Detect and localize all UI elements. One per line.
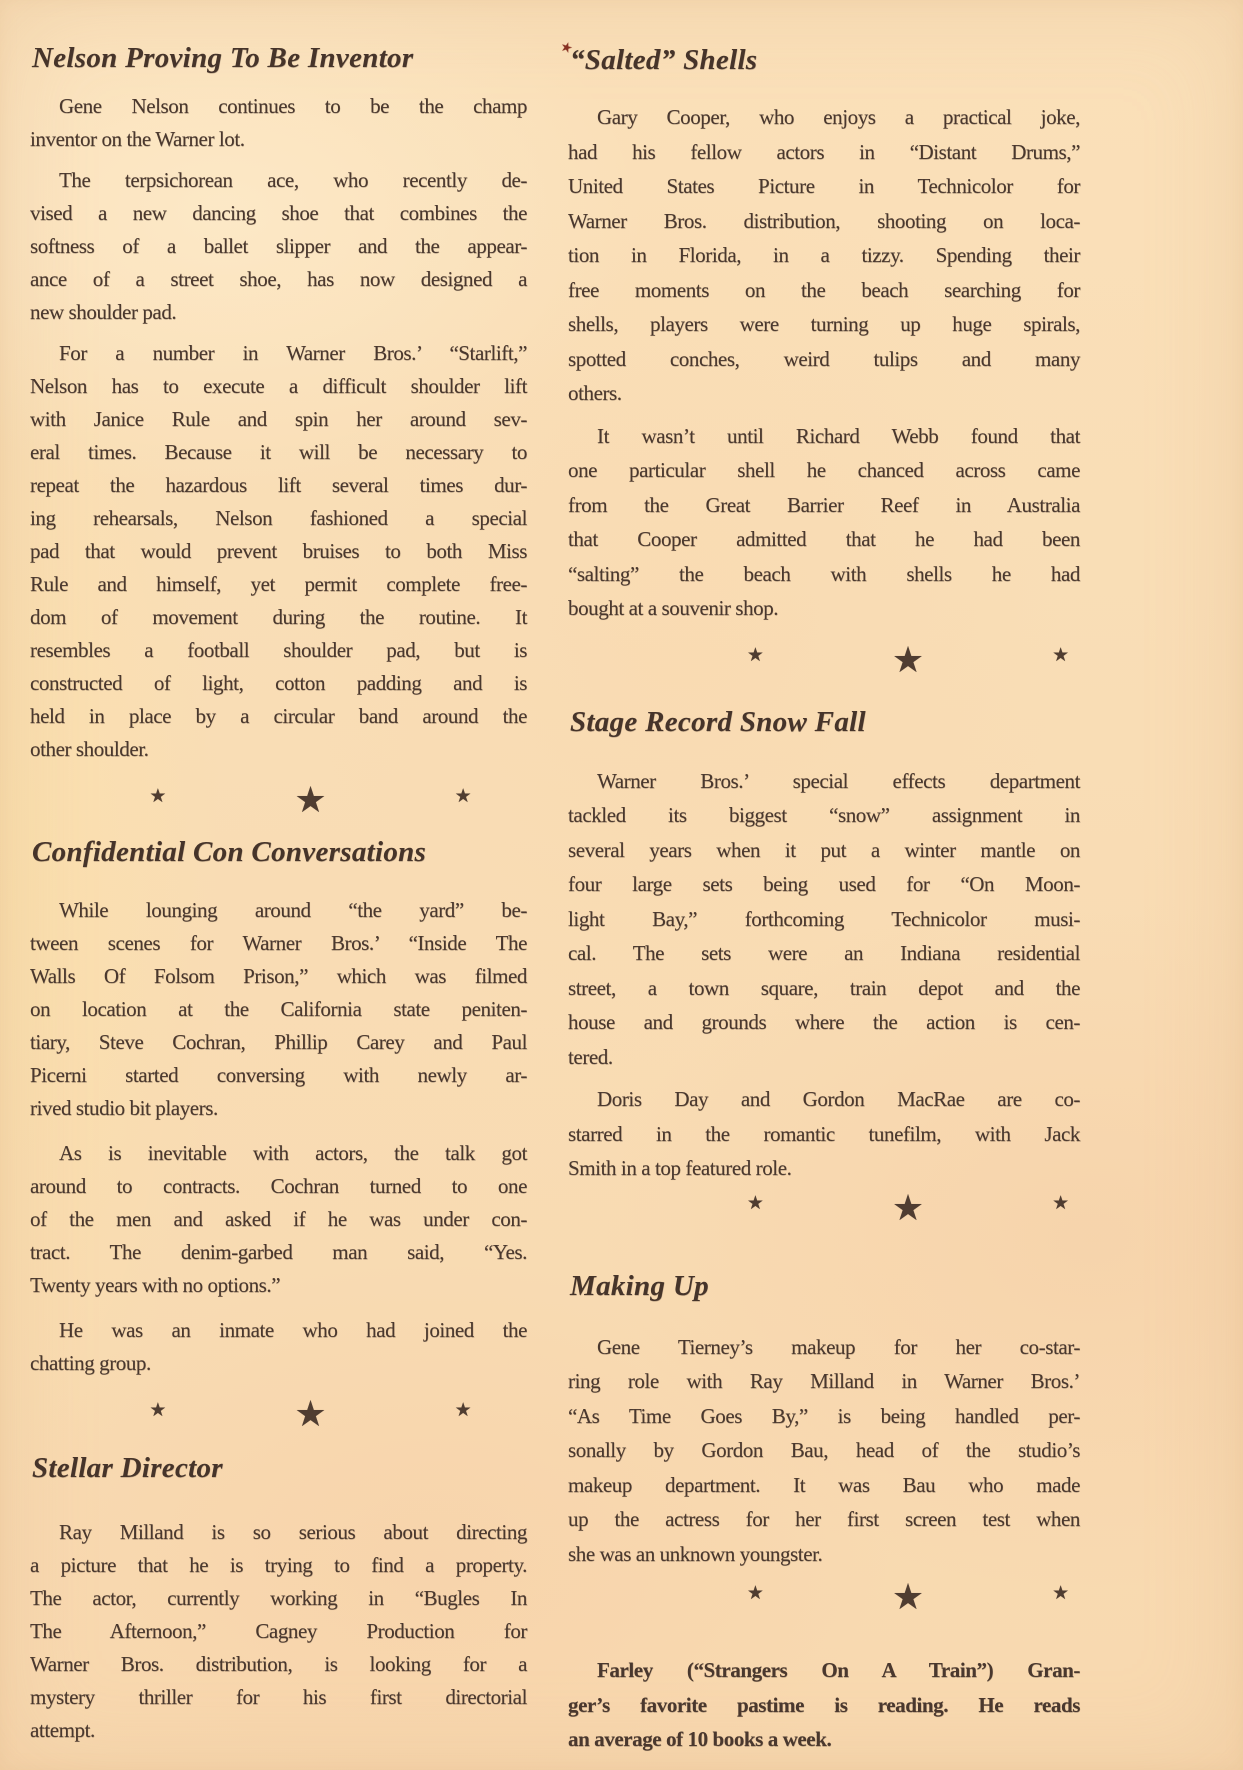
body-line: other shoulder. xyxy=(30,733,527,766)
article-heading: Making Up xyxy=(570,1266,1080,1306)
body-line: The actor, currently working in “Bugles … xyxy=(30,1582,527,1615)
star-icon: ★ xyxy=(747,644,764,667)
star-icon: ★ xyxy=(1052,1192,1069,1215)
body-line: makeup department. It was Bau who made xyxy=(568,1468,1080,1503)
star-icon: ★ xyxy=(294,779,326,821)
body-line: He was an inmate who had joined the xyxy=(30,1314,527,1347)
star-icon: ★ xyxy=(149,785,166,808)
body-line: While lounging around “the yard” be- xyxy=(30,894,527,927)
body-line: ring role with Ray Milland in Warner Bro… xyxy=(568,1364,1080,1399)
star-icon: ★ xyxy=(892,1576,924,1618)
body-line: mystery thriller for his first directori… xyxy=(30,1681,527,1714)
body-line: United States Picture in Technicolor for xyxy=(568,169,1080,204)
star-icon: ★ xyxy=(1052,644,1069,667)
star-icon: ★ xyxy=(1052,1582,1069,1605)
paragraph: Gary Cooper, who enjoys a practical joke… xyxy=(568,100,1080,411)
paragraph: Gene Nelson continues to be the champinv… xyxy=(30,90,527,156)
body-line: up the actress for her first screen test… xyxy=(568,1502,1080,1537)
body-line: bought at a souvenir shop. xyxy=(568,591,1080,626)
body-line: attempt. xyxy=(30,1714,527,1747)
body-line: on location at the California state peni… xyxy=(30,993,527,1026)
body-line: had his fellow actors in “Distant Drums,… xyxy=(568,135,1080,170)
body-line: held in place by a circular band around … xyxy=(30,700,527,733)
body-line: tered. xyxy=(568,1040,1080,1075)
star-icon: ★ xyxy=(892,1187,924,1229)
star-icon: ★ xyxy=(455,1399,472,1422)
body-line: repeat the hazardous lift several times … xyxy=(30,469,527,502)
body-line: As is inevitable with actors, the talk g… xyxy=(30,1137,527,1170)
body-line: The Afternoon,” Cagney Production for xyxy=(30,1615,527,1648)
paragraph: While lounging around “the yard” be-twee… xyxy=(30,894,527,1125)
article-heading: Stellar Director xyxy=(32,1448,527,1488)
body-line: from the Great Barrier Reef in Australia xyxy=(568,488,1080,523)
article-heading: “Salted” Shells xyxy=(570,40,1080,80)
body-line: resembles a football shoulder pad, but i… xyxy=(30,634,527,667)
body-line: around to contracts. Cochran turned to o… xyxy=(30,1170,527,1203)
star-icon: ★ xyxy=(892,639,924,681)
body-line: light Bay,” forthcoming Technicolor musi… xyxy=(568,902,1080,937)
paragraph: Farley (“Strangers On A Train”) Gran-ger… xyxy=(568,1653,1080,1757)
body-line: free moments on the beach searching for xyxy=(568,273,1080,308)
paragraph: Gene Tierney’s makeup for her co-star-ri… xyxy=(568,1330,1080,1572)
paragraph: He was an inmate who had joined thechatt… xyxy=(30,1314,527,1380)
body-line: Rule and himself, yet permit complete fr… xyxy=(30,568,527,601)
body-line: Doris Day and Gordon MacRae are co- xyxy=(568,1082,1080,1117)
body-line: “As Time Goes By,” is being handled per- xyxy=(568,1399,1080,1434)
body-line: starred in the romantic tunefilm, with J… xyxy=(568,1117,1080,1152)
body-line: Nelson has to execute a difficult should… xyxy=(30,370,527,403)
body-line: Gary Cooper, who enjoys a practical joke… xyxy=(568,100,1080,135)
paragraph: As is inevitable with actors, the talk g… xyxy=(30,1137,527,1302)
body-line: Gene Tierney’s makeup for her co-star- xyxy=(568,1330,1080,1365)
paragraph: Ray Milland is so serious about directin… xyxy=(30,1516,527,1747)
article-heading: Stage Record Snow Fall xyxy=(570,702,1080,742)
body-line: tween scenes for Warner Bros.’ “Inside T… xyxy=(30,927,527,960)
paragraph: Doris Day and Gordon MacRae are co-starr… xyxy=(568,1082,1080,1186)
body-line: Warner Bros. distribution, shooting on l… xyxy=(568,204,1080,239)
body-line: softness of a ballet slipper and the app… xyxy=(30,230,527,263)
body-line: Smith in a top featured role. xyxy=(568,1151,1080,1186)
body-line: pad that would prevent bruises to both M… xyxy=(30,535,527,568)
body-line: dom of movement during the routine. It xyxy=(30,601,527,634)
body-line: an average of 10 books a week. xyxy=(568,1722,1080,1757)
body-line: It wasn’t until Richard Webb found that xyxy=(568,419,1080,454)
body-line: sonally by Gordon Bau, head of the studi… xyxy=(568,1433,1080,1468)
scanned-page: ★ Nelson Proving To Be InventorGene Nels… xyxy=(0,0,1243,1770)
star-icon: ★ xyxy=(747,1582,764,1605)
body-line: ing rehearsals, Nelson fashioned a speci… xyxy=(30,502,527,535)
star-icon: ★ xyxy=(455,785,472,808)
body-line: tion in Florida, in a tizzy. Spending th… xyxy=(568,238,1080,273)
body-line: vised a new dancing shoe that combines t… xyxy=(30,197,527,230)
body-line: Ray Milland is so serious about directin… xyxy=(30,1516,527,1549)
star-icon: ★ xyxy=(149,1399,166,1422)
paragraph: Warner Bros.’ special effects department… xyxy=(568,764,1080,1075)
body-line: street, a town square, train depot and t… xyxy=(568,971,1080,1006)
star-separator: ★★★ xyxy=(62,1388,559,1432)
body-line: of the men and asked if he was under con… xyxy=(30,1203,527,1236)
body-line: new shoulder pad. xyxy=(30,296,527,329)
body-line: tiary, Steve Cochran, Phillip Carey and … xyxy=(30,1026,527,1059)
body-line: “salting” the beach with shells he had xyxy=(568,557,1080,592)
body-line: cal. The sets were an Indiana residentia… xyxy=(568,936,1080,971)
body-line: house and grounds where the action is ce… xyxy=(568,1005,1080,1040)
body-line: she was an unknown youngster. xyxy=(568,1537,1080,1572)
body-line: ance of a street shoe, has now designed … xyxy=(30,263,527,296)
body-line: tackled its biggest “snow” assignment in xyxy=(568,798,1080,833)
body-line: several years when it put a winter mantl… xyxy=(568,833,1080,868)
body-line: The terpsichorean ace, who recently de- xyxy=(30,164,527,197)
body-line: Picerni started conversing with newly ar… xyxy=(30,1059,527,1092)
article-heading: Confidential Con Conversations xyxy=(32,832,527,872)
body-line: with Janice Rule and spin her around sev… xyxy=(30,403,527,436)
body-line: shells, players were turning up huge spi… xyxy=(568,307,1080,342)
star-separator: ★★★ xyxy=(652,1182,1164,1226)
right-column: “Salted” ShellsGary Cooper, who enjoys a… xyxy=(568,0,1080,1765)
star-separator: ★★★ xyxy=(652,1571,1164,1615)
body-line: that Cooper admitted that he had been xyxy=(568,522,1080,557)
body-line: Warner Bros. distribution, is looking fo… xyxy=(30,1648,527,1681)
body-line: Walls Of Folsom Prison,” which was filme… xyxy=(30,960,527,993)
body-line: one particular shell he chanced across c… xyxy=(568,453,1080,488)
left-column: Nelson Proving To Be InventorGene Nelson… xyxy=(30,0,527,1755)
body-line: Farley (“Strangers On A Train”) Gran- xyxy=(568,1653,1080,1688)
body-line: four large sets being used for “On Moon- xyxy=(568,867,1080,902)
body-line: chatting group. xyxy=(30,1347,527,1380)
paragraph: The terpsichorean ace, who recently de-v… xyxy=(30,164,527,329)
body-line: tract. The denim-garbed man said, “Yes. xyxy=(30,1236,527,1269)
paragraph: It wasn’t until Richard Webb found thato… xyxy=(568,419,1080,626)
body-line: ger’s favorite pastime is reading. He re… xyxy=(568,1688,1080,1723)
star-icon: ★ xyxy=(747,1192,764,1215)
article-heading: Nelson Proving To Be Inventor xyxy=(32,38,527,78)
body-line: spotted conches, weird tulips and many xyxy=(568,342,1080,377)
star-separator: ★★★ xyxy=(62,774,559,818)
body-line: Gene Nelson continues to be the champ xyxy=(30,90,527,123)
body-line: For a number in Warner Bros.’ “Starlift,… xyxy=(30,337,527,370)
star-icon: ★ xyxy=(294,1393,326,1435)
star-separator: ★★★ xyxy=(652,634,1164,678)
body-line: rived studio bit players. xyxy=(30,1092,527,1125)
body-line: inventor on the Warner lot. xyxy=(30,123,527,156)
body-line: a picture that he is trying to find a pr… xyxy=(30,1549,527,1582)
body-line: eral times. Because it will be necessary… xyxy=(30,436,527,469)
body-line: constructed of light, cotton padding and… xyxy=(30,667,527,700)
body-line: Twenty years with no options.” xyxy=(30,1269,527,1302)
body-line: others. xyxy=(568,376,1080,411)
paragraph: For a number in Warner Bros.’ “Starlift,… xyxy=(30,337,527,766)
body-line: Warner Bros.’ special effects department xyxy=(568,764,1080,799)
